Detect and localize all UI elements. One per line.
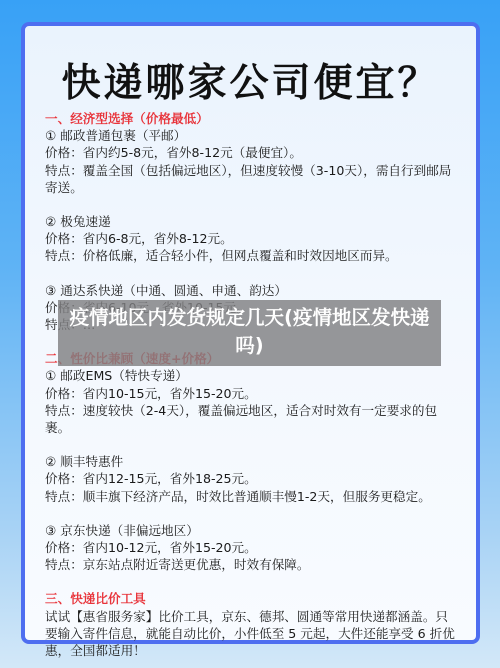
section-heading: 三、快递比价工具 [45,590,455,607]
article-content: 一、经济型选择（价格最低） ① 邮政普通包裹（平邮） 价格：省内约5-8元，省外… [45,110,455,659]
item-price: 价格：省内12-15元，省外18-25元。 [45,470,455,487]
caption-overlay: 疫情地区内发货规定几天(疫情地区发快递吗) [58,300,441,366]
item-price: 价格：省内6-8元，省外8-12元。 [45,230,455,247]
item-name: ② 极兔速递 [45,213,455,230]
section-heading: 一、经济型选择（价格最低） [45,110,455,127]
item-name: ③ 京东快递（非偏远地区） [45,522,455,539]
item-name: ③ 通达系快递（中通、圆通、申通、韵达） [45,282,455,299]
tool-description: 试试【惠省服务家】比价工具，京东、德邦、圆通等常用快递都涵盖。只要输入寄件信息，… [45,608,455,660]
page-title: 快递哪家公司便宜？ [25,52,476,108]
item-name: ② 顺丰特惠件 [45,453,455,470]
section-comparison-tool: 三、快递比价工具 试试【惠省服务家】比价工具，京东、德邦、圆通等常用快递都涵盖。… [45,590,455,659]
item-feature: 特点：京东站点附近寄送更优惠，时效有保障。 [45,556,455,573]
item-name: ① 邮政普通包裹（平邮） [45,127,455,144]
item-feature: 特点：覆盖全国（包括偏远地区），但速度较慢（3-10天），需自行到邮局寄送。 [45,162,455,196]
item-feature: 特点：价格低廉，适合轻小件，但网点覆盖和时效因地区而异。 [45,247,455,264]
item-name: ① 邮政EMS（特快专递） [45,367,455,384]
item-feature: 特点：顺丰旗下经济产品，时效比普通顺丰慢1-2天，但服务更稳定。 [45,488,455,505]
item-price: 价格：省内10-15元，省外15-20元。 [45,385,455,402]
item-price: 价格：省内约5-8元，省外8-12元（最便宜）。 [45,144,455,161]
item-price: 价格：省内10-12元，省外15-20元。 [45,539,455,556]
section-value: 二、性价比兼顾（速度+价格） ① 邮政EMS（特快专递） 价格：省内10-15元… [45,350,455,590]
item-feature: 特点：速度较快（2-4天），覆盖偏远地区，适合对时效有一定要求的包裹。 [45,402,455,436]
